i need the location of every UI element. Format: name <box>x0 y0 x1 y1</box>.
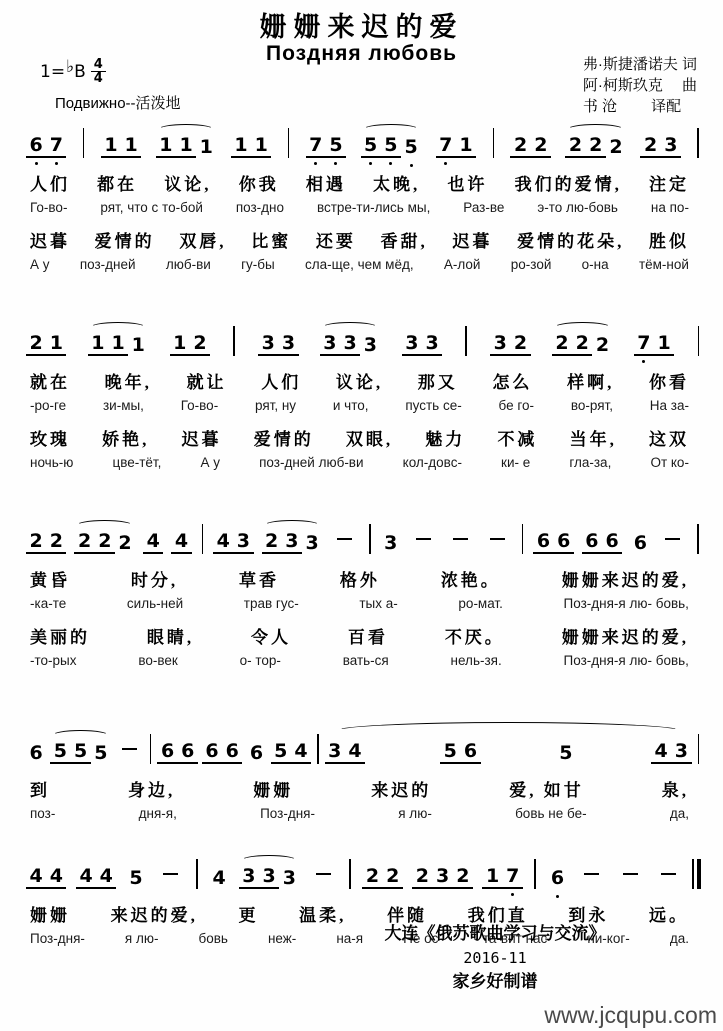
note: 2 <box>74 530 94 552</box>
lyrics-row-russian: -то-рыхво-веко- тор-вать-сянель-зя.Поз-д… <box>22 653 705 680</box>
note-group: 111 <box>86 332 151 356</box>
lyric-word: 格外 <box>340 566 380 591</box>
note: 4 <box>291 740 311 762</box>
duration-dash <box>661 873 676 876</box>
lyric-word: гла-за, <box>569 455 611 470</box>
footer: 大连《俄苏歌曲学习与交流》2016-11家乡好制谱 <box>255 922 723 994</box>
note: 2 <box>510 134 530 156</box>
beam: 22 <box>552 332 592 356</box>
note: 2 <box>572 332 592 354</box>
barline <box>288 128 290 158</box>
note-group: 75 <box>304 134 348 158</box>
note: 3 <box>279 867 299 889</box>
system: 211111233333333222271就在晚年,就让人们议论,那又怎么样啊,… <box>22 310 705 482</box>
lyric-word: и что, <box>333 398 369 413</box>
note: 3 <box>490 332 510 354</box>
beam: 23 <box>640 134 680 158</box>
note: 5 <box>126 867 146 889</box>
note: 2 <box>565 134 585 156</box>
duration-dash <box>316 873 331 876</box>
lyric-word: 爱, 如甘 <box>509 776 584 801</box>
lyrics-row-chinese: 人们都在议论,你我相遇太晚,也许我们的爱情,注定 <box>22 170 705 200</box>
note-group: 555 <box>359 134 424 158</box>
lyric-word: рят, что с то-бой <box>100 200 203 215</box>
note-group: 6 <box>244 742 268 764</box>
beam: 4 <box>143 530 163 554</box>
note: 5 <box>70 740 90 762</box>
note: 1 <box>46 332 66 354</box>
note-group: 21 <box>24 332 68 356</box>
lyric-word: бе го- <box>499 398 534 413</box>
beam: 71 <box>634 332 674 356</box>
lyric-word: 那又 <box>418 368 458 393</box>
note: 2 <box>552 332 572 354</box>
beam: 21 <box>26 332 66 356</box>
note-group: 67 <box>24 134 68 158</box>
lyric-word: 相遇 <box>306 170 346 195</box>
lyrics-row-russian: А упоз-днейлюб-вигу-бысла-ще, чем мёд,А-… <box>22 257 705 284</box>
note: 6 <box>157 740 177 762</box>
lyrics-row-russian: -ка-тесиль-нейтрав гус-тых а-ро-мат.Поз-… <box>22 596 705 623</box>
lyric-word: ночь-ю <box>30 455 73 470</box>
note-group: 4 <box>207 867 231 889</box>
lyric-word: 迟暮 <box>30 227 70 252</box>
note: 2 <box>46 530 66 552</box>
notation-line: 44445433322232176 <box>22 843 705 901</box>
lyric-word: 眼睛, <box>147 623 194 648</box>
beam: 12 <box>170 332 210 356</box>
lyric-word: бовь <box>198 931 227 946</box>
lyric-word: -ро-ге <box>30 398 66 413</box>
beam: 17 <box>482 865 522 889</box>
note: 2 <box>453 865 473 887</box>
note-group: 6 <box>545 867 569 889</box>
note-group: 56 <box>438 740 482 764</box>
lyric-word: поз-дней люб-ви <box>259 455 363 470</box>
note: 4 <box>76 865 96 887</box>
lyric-word: 令人 <box>251 623 291 648</box>
note: 1 <box>251 134 271 156</box>
footer-line: 大连《俄苏歌曲学习与交流》 <box>255 922 723 946</box>
lyric-word: трав гус- <box>244 596 299 611</box>
lyric-word: сла-ще, чем мёд, <box>305 257 414 272</box>
lyric-word: 时分, <box>131 566 178 591</box>
lyric-word: поз-дней <box>80 257 136 272</box>
note: 2 <box>383 865 403 887</box>
note: 2 <box>115 532 135 554</box>
duration-dash <box>337 538 352 541</box>
lyric-word: 到 <box>30 776 50 801</box>
lyric-word: 议论, <box>336 368 383 393</box>
note: 3 <box>239 865 259 887</box>
beam: 66 <box>157 740 197 764</box>
barline <box>83 128 85 158</box>
lyric-word: 我们的爱情, <box>515 170 622 195</box>
lyric-word: вать-ся <box>343 653 389 668</box>
lyric-word: 议论, <box>164 170 211 195</box>
note: 3 <box>671 740 691 762</box>
lyric-word: Раз-ве <box>463 200 504 215</box>
beam: 44 <box>76 865 116 889</box>
duration-dash <box>453 538 468 541</box>
lyric-word: 你看 <box>649 368 689 393</box>
beam: 66 <box>582 530 622 554</box>
lyric-word: зи-мы, <box>103 398 144 413</box>
note: 3 <box>402 332 422 354</box>
lyric-word: 来迟的爱, <box>111 901 198 926</box>
note: 6 <box>178 740 198 762</box>
final-barline <box>692 859 701 889</box>
note-group: 555 <box>48 740 113 764</box>
lyric-word: 爱情的 <box>254 425 314 450</box>
lyric-word: 姗姗来迟的爱, <box>562 566 689 591</box>
note: 3 <box>320 332 340 354</box>
lyric-word: ро-мат. <box>458 596 502 611</box>
barline <box>202 524 204 554</box>
lyric-word: о- тор- <box>240 653 281 668</box>
note-group: 34 <box>323 740 367 764</box>
beam: 75 <box>306 134 346 158</box>
lyric-word: 就在 <box>30 368 70 393</box>
lyric-word: Поз-дня-я лю- бовь, <box>564 653 689 668</box>
note: 1 <box>156 134 176 156</box>
note-group: 44 <box>24 865 68 889</box>
beam: 33 <box>239 865 279 889</box>
note: 3 <box>302 532 322 554</box>
note: 6 <box>582 530 602 552</box>
lyric-word: на по- <box>651 200 689 215</box>
lyric-word: 也许 <box>447 170 487 195</box>
note: 3 <box>325 740 345 762</box>
note-group: 6 <box>628 532 652 554</box>
note: 2 <box>412 865 432 887</box>
lyric-word: 人们 <box>261 368 301 393</box>
notation-line: 67111111175555712222223 <box>22 112 705 170</box>
lyric-word: 太晚, <box>373 170 420 195</box>
beam: 33 <box>320 332 360 356</box>
beam: 11 <box>88 332 128 356</box>
note-group: 33 <box>400 332 444 356</box>
note: 2 <box>640 134 660 156</box>
note: 1 <box>231 134 251 156</box>
note: 2 <box>26 530 46 552</box>
note-group: 5 <box>124 867 148 889</box>
lyrics-row-chinese: 玫瑰娇艳,迟暮爱情的双眼,魅力不减当年,这双 <box>22 425 705 455</box>
beam: 22 <box>362 865 402 889</box>
barline <box>697 524 699 554</box>
lyric-word: 怎么 <box>492 368 532 393</box>
lyric-word: 双唇, <box>179 227 226 252</box>
note-group: 66 <box>200 740 244 764</box>
lyric-word: ро-зой <box>511 257 552 272</box>
lyric-word: От ко- <box>650 455 689 470</box>
meter-denominator: 4 <box>91 72 106 85</box>
note: 6 <box>533 530 553 552</box>
key-letter: B <box>74 62 86 82</box>
note-group: 111 <box>154 134 219 158</box>
system: 222224443233366666黄昏时分,草香格外浓艳。姗姗来迟的爱,-ка… <box>22 508 705 680</box>
barline <box>698 326 700 356</box>
lyric-word: тём-ной <box>639 257 689 272</box>
lyric-word: дня-я, <box>139 806 177 821</box>
lyric-word: ки- е <box>501 455 530 470</box>
beam: 32 <box>490 332 530 356</box>
song-title-chinese: 姗姗来迟的爱 <box>0 0 723 42</box>
lyric-word: На за- <box>650 398 689 413</box>
notation-line: 655566666543456543 <box>22 718 705 776</box>
note: 1 <box>456 134 476 156</box>
lyric-word: 爱情的花朵, <box>517 227 624 252</box>
note: 3 <box>433 865 453 887</box>
key-signature: 1=♭B 4 4 <box>40 58 106 85</box>
beam: 54 <box>271 740 311 764</box>
lyric-word: А у <box>200 455 220 470</box>
lyric-word: я лю- <box>125 931 159 946</box>
beam: 71 <box>436 134 476 158</box>
note-group: 33 <box>256 332 300 356</box>
lyric-word: Го-во- <box>30 200 67 215</box>
note-group: 3 <box>379 532 403 554</box>
lyric-word: встре-ти-лись мы, <box>317 200 430 215</box>
lyric-word: тых а- <box>359 596 397 611</box>
note: 2 <box>362 865 382 887</box>
lyric-word: 姗姗来迟的爱, <box>562 623 689 648</box>
note-group: 232 <box>410 865 475 889</box>
note: 5 <box>326 134 346 156</box>
note: 6 <box>547 867 567 889</box>
note: 6 <box>630 532 650 554</box>
lyric-word: да, <box>670 806 689 821</box>
lyric-word: 你我 <box>239 170 279 195</box>
note-group: 71 <box>632 332 676 356</box>
lyric-word: во-рят, <box>571 398 613 413</box>
beam: 22 <box>565 134 605 158</box>
note: 1 <box>482 865 502 887</box>
lyric-word: 还要 <box>316 227 356 252</box>
lyric-word: 浓艳。 <box>441 566 501 591</box>
lyric-word: 身边, <box>128 776 175 801</box>
barline <box>233 326 235 356</box>
lyric-word: 就让 <box>187 368 227 393</box>
note-group: 11 <box>99 134 143 158</box>
note-group: 4 <box>141 530 165 554</box>
note: 3 <box>278 332 298 354</box>
note: 5 <box>50 740 70 762</box>
beam: 23 <box>262 530 302 554</box>
note: 5 <box>91 742 111 764</box>
beam: 11 <box>101 134 141 158</box>
beam: 44 <box>26 865 66 889</box>
notation-line: 222224443233366666 <box>22 508 705 566</box>
watermark: www.jcqupu.com <box>544 1002 717 1029</box>
note: 2 <box>95 530 115 552</box>
note: 6 <box>246 742 266 764</box>
barline <box>534 859 536 889</box>
lyric-word: я лю- <box>398 806 432 821</box>
note: 3 <box>422 332 442 354</box>
sheet-music-page: 姗姗来迟的爱 Поздняя любовь 1=♭B 4 4 Подвижно-… <box>0 0 723 1031</box>
lyric-word: Поз-дня- <box>30 931 85 946</box>
note-group: 222 <box>72 530 137 554</box>
key-prefix: 1= <box>40 62 65 82</box>
tempo-marking: Подвижно--活泼地 <box>55 92 181 113</box>
beam: 34 <box>325 740 365 764</box>
system: 67111111175555712222223人们都在议论,你我相遇太晚,也许我… <box>22 112 705 284</box>
note: 4 <box>345 740 365 762</box>
note: 3 <box>259 865 279 887</box>
lyric-word: 魅力 <box>425 425 465 450</box>
lyric-word: 草香 <box>239 566 279 591</box>
slur-span: 3456543 <box>323 740 694 764</box>
note-group: 23 <box>638 134 682 158</box>
beam: 4 <box>171 530 191 554</box>
lyric-word: Го-во- <box>181 398 218 413</box>
lyric-word: Поз-дня-я лю- бовь, <box>564 596 689 611</box>
note: 5 <box>361 134 381 156</box>
note: 2 <box>26 332 46 354</box>
lyric-word: 迟暮 <box>182 425 222 450</box>
notation-systems: 67111111175555712222223人们都在议论,你我相遇太晚,也许我… <box>0 112 723 958</box>
note: 7 <box>46 134 66 156</box>
note: 7 <box>436 134 456 156</box>
note-group: 233 <box>260 530 325 554</box>
beam: 67 <box>26 134 66 158</box>
barline <box>317 734 319 764</box>
lyrics-row-russian: поз-дня-я,Поз-дня-я лю-бовь не бе-да, <box>22 806 705 833</box>
lyrics-row-chinese: 到身边,姗姗来迟的爱, 如甘泉, <box>22 776 705 806</box>
credit-line: 弗·斯捷潘诺夫 词 <box>583 54 697 75</box>
beam: 22 <box>510 134 550 158</box>
lyric-word: 玫瑰 <box>30 425 70 450</box>
note: 4 <box>171 530 191 552</box>
lyrics-row-russian: -ро-гези-мы,Го-во-рят, нуи что,пусть се-… <box>22 398 705 425</box>
barline <box>465 326 467 356</box>
note-group: 6 <box>24 742 48 764</box>
lyric-word: А у <box>30 257 50 272</box>
note: 1 <box>121 134 141 156</box>
lyric-word: во-век <box>138 653 177 668</box>
beam: 232 <box>412 865 473 889</box>
system: 655566666543456543到身边,姗姗来迟的爱, 如甘泉,поз-дн… <box>22 718 705 833</box>
lyric-word: А-лой <box>444 257 481 272</box>
note: 2 <box>592 334 612 356</box>
lyrics-row-russian: ночь-юцве-тёт,А упоз-дней люб-викол-довс… <box>22 455 705 482</box>
barline <box>196 859 198 889</box>
note: 6 <box>202 740 222 762</box>
lyric-word: 不厌。 <box>445 623 505 648</box>
note-group: 4 <box>169 530 193 554</box>
note: 1 <box>108 332 128 354</box>
lyrics-row-russian: Го-во-рят, что с то-бойпоз-дновстре-ти-л… <box>22 200 705 227</box>
note: 3 <box>282 530 302 552</box>
duration-dash <box>122 748 137 751</box>
lyrics-row-chinese: 美丽的眼睛,令人百看不厌。姗姗来迟的爱, <box>22 623 705 653</box>
note-group: 22 <box>508 134 552 158</box>
lyric-word: 来迟的 <box>371 776 431 801</box>
note: 5 <box>401 136 421 158</box>
note-group: 222 <box>563 134 628 158</box>
lyric-word: 注定 <box>649 170 689 195</box>
credit-line: 书 沧 译配 <box>583 96 697 117</box>
lyric-word: 晚年, <box>105 368 152 393</box>
lyric-word: 黄昏 <box>30 566 70 591</box>
note: 1 <box>101 134 121 156</box>
note-group: 17 <box>480 865 524 889</box>
barline <box>349 859 351 889</box>
footer-line: 2016-11 <box>255 946 723 970</box>
lyric-word: силь-ней <box>127 596 183 611</box>
note-group: 5 <box>554 742 578 764</box>
lyric-word: э-то лю-бовь <box>537 200 618 215</box>
lyric-word: поз- <box>30 806 55 821</box>
note: 2 <box>262 530 282 552</box>
header: 姗姗来迟的爱 Поздняя любовь 1=♭B 4 4 Подвижно-… <box>0 0 723 112</box>
lyric-word: 双眼, <box>346 425 393 450</box>
lyrics-row-chinese: 就在晚年,就让人们议论,那又怎么样啊,你看 <box>22 368 705 398</box>
duration-dash <box>416 538 431 541</box>
note: 5 <box>556 742 576 764</box>
note-group: 43 <box>211 530 255 554</box>
lyric-word: -ка-те <box>30 596 66 611</box>
duration-dash <box>584 873 599 876</box>
note: 4 <box>651 740 671 762</box>
lyric-word: 姗姗 <box>253 776 293 801</box>
note-group: 54 <box>269 740 313 764</box>
note-group: 66 <box>531 530 575 554</box>
lyric-word: нель-зя. <box>451 653 502 668</box>
note-group: 32 <box>488 332 532 356</box>
lyrics-row-chinese: 黄昏时分,草香格外浓艳。姗姗来迟的爱, <box>22 566 705 596</box>
lyric-word: 当年, <box>570 425 617 450</box>
lyric-word: 爱情的 <box>95 227 155 252</box>
note-group: 44 <box>74 865 118 889</box>
beam: 66 <box>533 530 573 554</box>
lyric-word: кол-довс- <box>403 455 462 470</box>
time-signature: 4 4 <box>91 58 106 85</box>
note: 2 <box>510 332 530 354</box>
lyric-word: 这双 <box>649 425 689 450</box>
lyric-word: гу-бы <box>241 257 275 272</box>
lyric-word: 娇艳, <box>102 425 149 450</box>
note: 1 <box>128 334 148 356</box>
note-group: 222 <box>550 332 615 356</box>
lyric-word: -то-рых <box>30 653 77 668</box>
barline <box>522 524 524 554</box>
flat-icon: ♭ <box>66 57 74 77</box>
lyric-word: цве-тёт, <box>112 455 161 470</box>
note: 6 <box>602 530 622 552</box>
lyric-word: 样啊, <box>567 368 614 393</box>
lyric-word: 姗姗 <box>30 901 70 926</box>
lyric-word: пусть се- <box>405 398 461 413</box>
note: 6 <box>222 740 242 762</box>
note: 1 <box>196 136 216 158</box>
note: 4 <box>96 865 116 887</box>
note-group: 333 <box>237 865 302 889</box>
beam: 56 <box>440 740 480 764</box>
lyric-word: бовь не бе- <box>515 806 587 821</box>
note: 3 <box>233 530 253 552</box>
duration-dash <box>490 538 505 541</box>
beam: 55 <box>361 134 401 158</box>
barline <box>493 128 495 158</box>
credits: 弗·斯捷潘诺夫 词阿·柯斯玖克 曲书 沧 译配 <box>583 54 697 117</box>
lyric-word: 百看 <box>348 623 388 648</box>
note: 6 <box>554 530 574 552</box>
lyrics-row-chinese: 迟暮爱情的双唇,比蜜还要香甜,迟暮爱情的花朵,胜似 <box>22 227 705 257</box>
barline <box>150 734 152 764</box>
beam: 33 <box>258 332 298 356</box>
